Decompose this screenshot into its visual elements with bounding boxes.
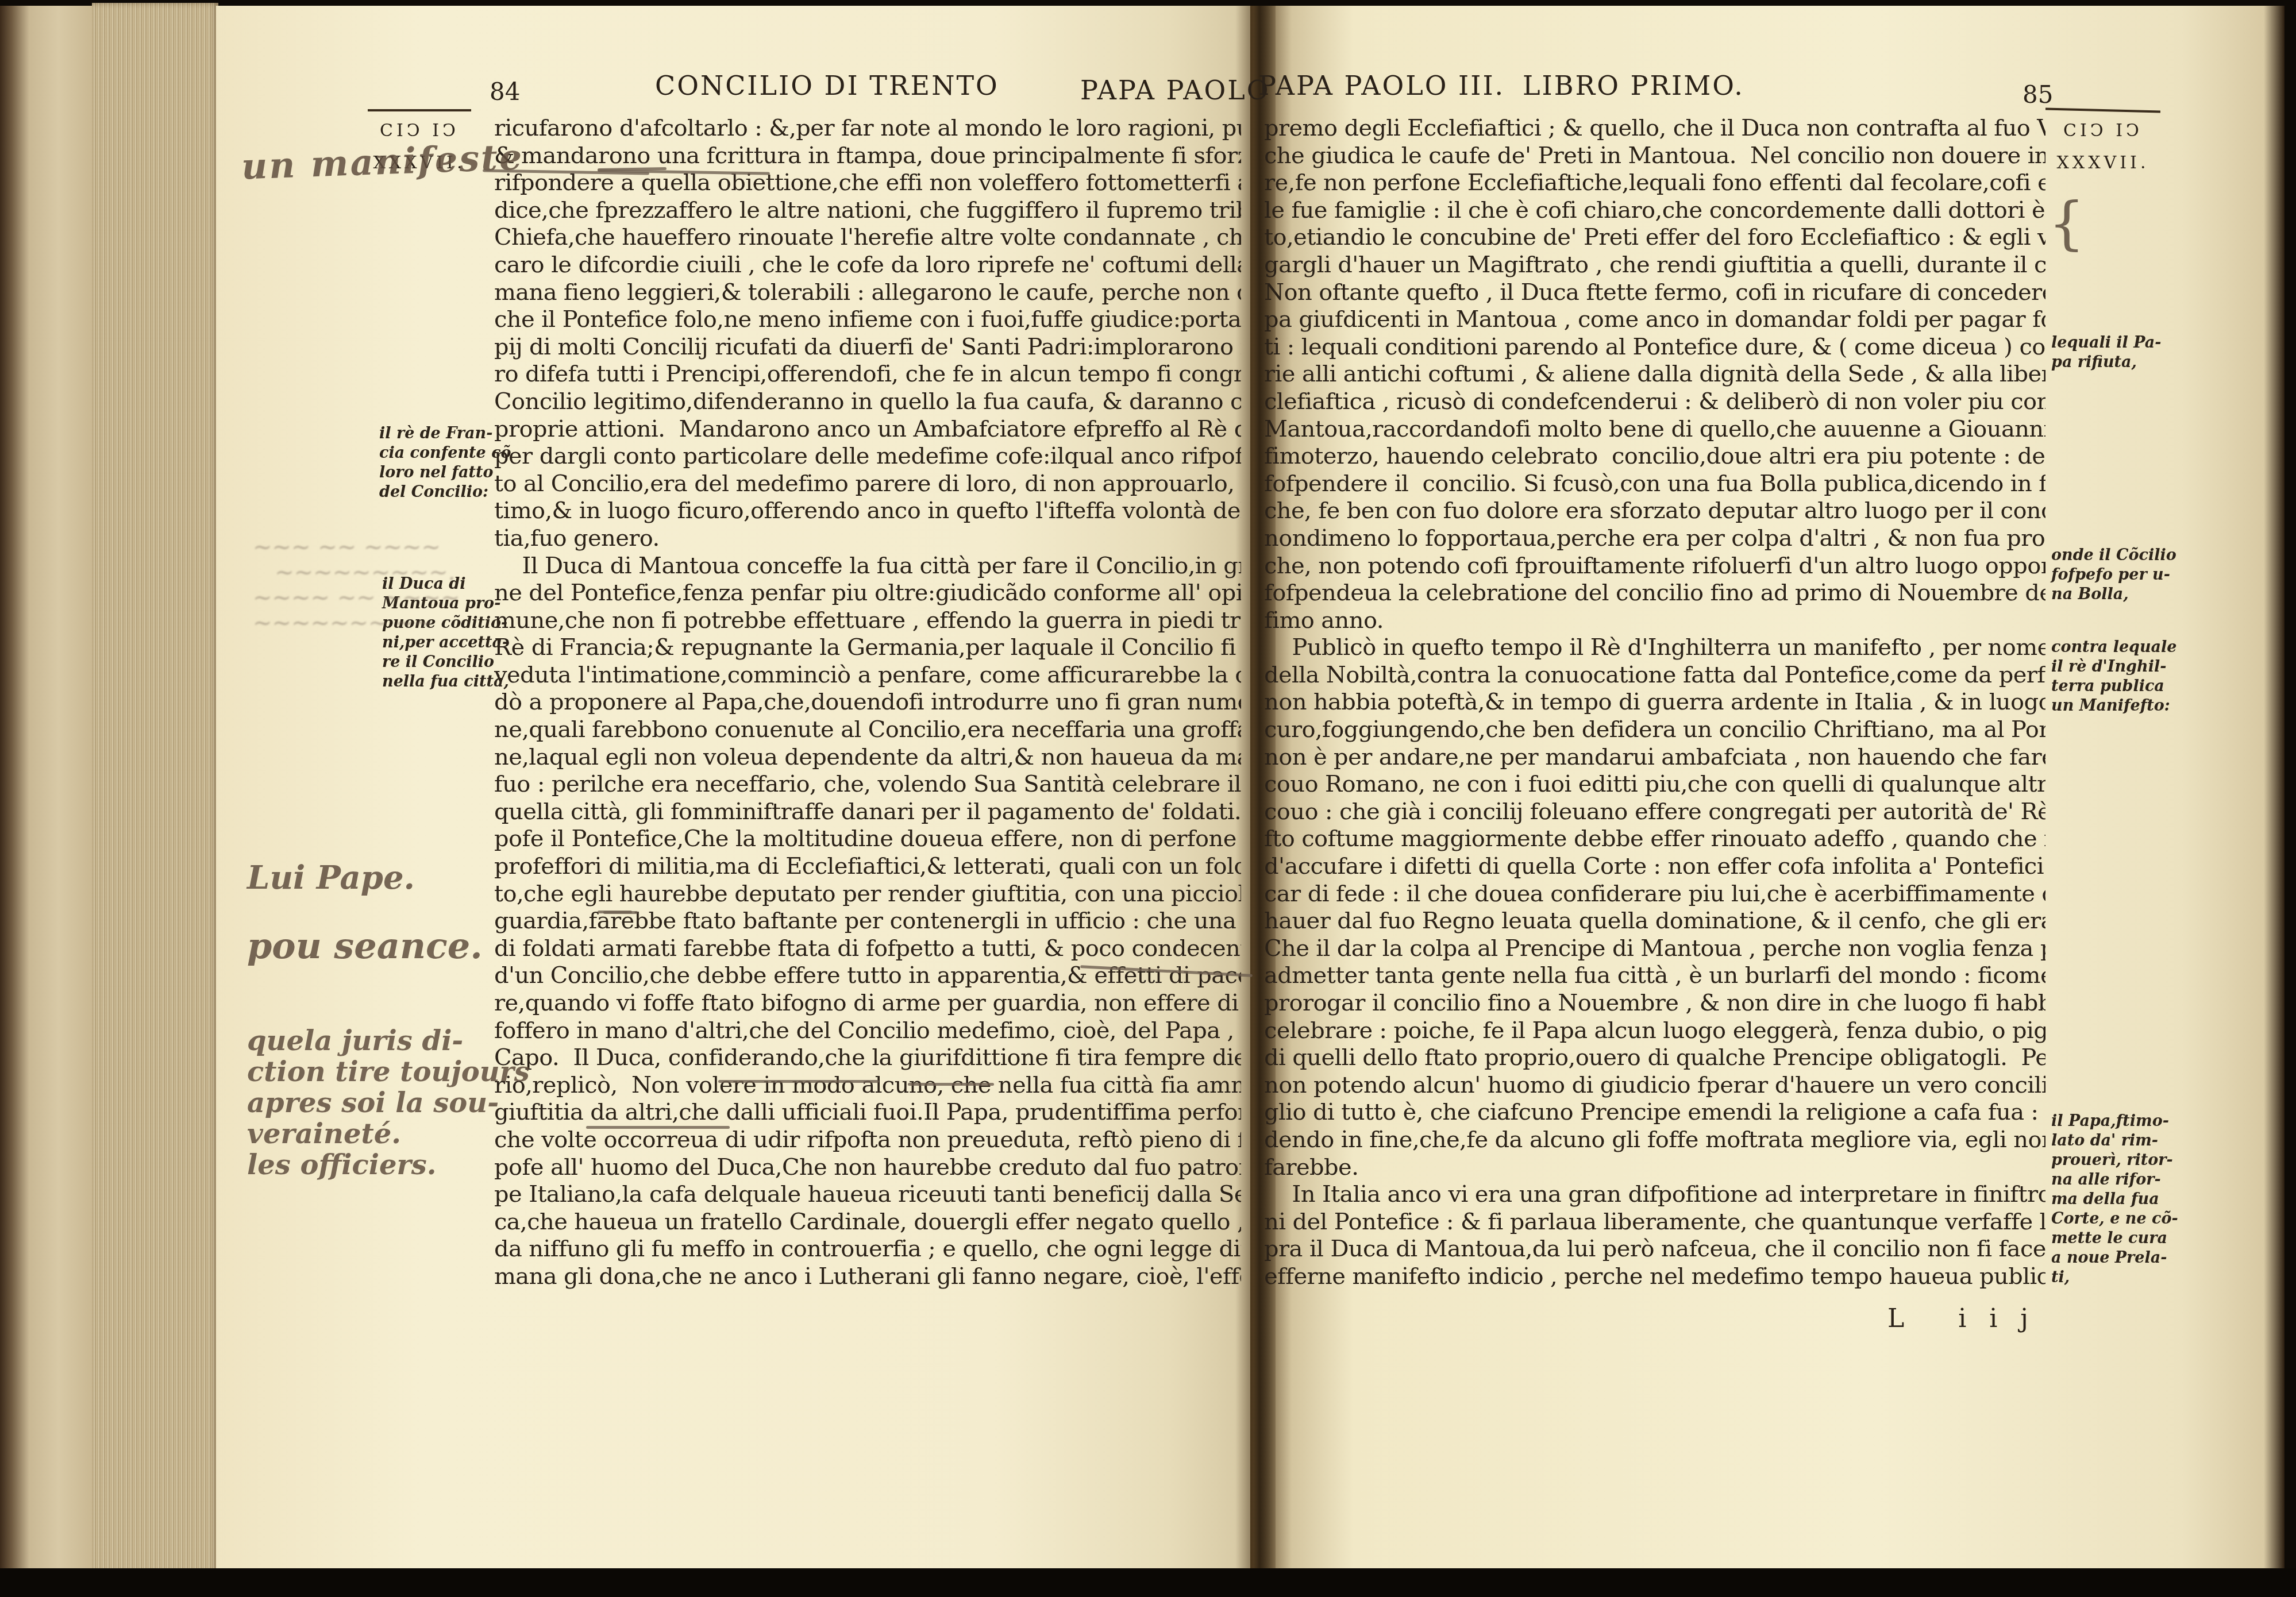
text-line: mana fieno leggieri,& tolerabili : alleg… <box>494 279 1241 307</box>
text-line: pofe il Pontefice,Che la moltitudine dou… <box>494 825 1241 853</box>
text-line: re,quando vi foffe ftato bifogno di arme… <box>494 990 1241 1017</box>
text-line: car di fede : il che douea confiderare p… <box>1264 881 2045 908</box>
text-line: fimo anno. <box>1264 607 2045 635</box>
page-edges-stack <box>92 3 218 1577</box>
left-running-head-secondary: PAPA PAOLO <box>1080 75 1270 106</box>
text-line: efferne manifefto indicio , perche nel m… <box>1264 1263 2045 1291</box>
text-line: prorogar il concilio fino a Nouembre , &… <box>1264 990 2045 1017</box>
left-page-body: ricufarono d'afcoltarlo : &,per far note… <box>494 115 1241 1291</box>
open-book: 84 CONCILIO DI TRENTO PAPA PAOLO CIↃ IↃ … <box>0 0 2296 1597</box>
text-line: non habbia poteftà,& in tempo di guerra … <box>1264 689 2045 716</box>
handwritten-note-seance: pou seance. <box>247 925 483 967</box>
text-line: fofpendeua la celebratione del concilio … <box>1264 580 2045 607</box>
text-line: glio di tutto è, che ciafcuno Prencipe e… <box>1264 1099 2045 1127</box>
text-line: veduta l'intimatione,comminciò a penfare… <box>494 662 1241 689</box>
text-line: che, fe ben con fuo dolore era sforzato … <box>1264 497 2045 525</box>
text-line: ricufarono d'afcoltarlo : &,per far note… <box>494 115 1241 142</box>
text-line: admetter tanta gente nella fua città , è… <box>1264 962 2045 990</box>
text-line: che, non potendo cofi fprouiftamente rif… <box>1264 553 2045 580</box>
text-line: Chiefa,che haueffero rinouate l'herefie … <box>494 224 1241 252</box>
right-page-number: 85 <box>2023 80 2053 109</box>
bottom-shadow <box>0 1568 2296 1597</box>
year-line-2: XXXVII. <box>2051 147 2155 179</box>
text-line: che il Pontefice folo,ne meno infieme co… <box>494 306 1241 334</box>
right-running-head: LIBRO PRIMO. <box>1523 70 1744 101</box>
handwritten-note-jurisdiction: quela juris di- ction tire toujours apre… <box>247 1025 530 1181</box>
text-line: nondimeno lo fopportaua,perche era per c… <box>1264 525 2045 553</box>
text-line: per dargli conto particolare delle medef… <box>494 443 1241 470</box>
text-line: Che il dar la colpa al Prencipe di Manto… <box>1264 935 2045 963</box>
text-line: mana gli dona,che ne anco i Lutherani gl… <box>494 1263 1241 1291</box>
text-line: to,che egli haurebbe deputato per render… <box>494 881 1241 908</box>
text-line: giuftitia da altri,che dalli ufficiali f… <box>494 1099 1241 1127</box>
text-line: ne,laqual egli non voleua dependente da … <box>494 744 1241 772</box>
text-line: timo,& in luogo ficuro,offerendo anco in… <box>494 497 1241 525</box>
text-line: di foldati armati farebbe ftata di fofpe… <box>494 935 1241 963</box>
text-line: le fue famiglie : il che è cofi chiaro,c… <box>1264 197 2045 225</box>
text-line: da niffuno gli fu meffo in controuerfia … <box>494 1236 1241 1263</box>
text-line: della Nobiltà,contra la conuocatione fat… <box>1264 662 2045 689</box>
text-line: fto coftume maggiormente debbe effer rin… <box>1264 825 2045 853</box>
text-line: caro le difcordie ciuili , che le cofe d… <box>494 252 1241 279</box>
text-line: dò a proponere al Papa,che,douendofi int… <box>494 689 1241 716</box>
text-line: farebbe. <box>1264 1154 2045 1182</box>
text-line: ni del Pontefice : & fi parlaua liberame… <box>1264 1209 2045 1236</box>
ink-brace-mark: { <box>2048 190 2085 257</box>
text-line: proprie attioni. Mandarono anco un Ambaf… <box>494 416 1241 443</box>
text-line: clefiaftica , ricusò di condefcenderui :… <box>1264 388 2045 416</box>
right-running-head-secondary: PAPA PAOLO III. <box>1258 70 1505 101</box>
text-line: & mandarono una fcrittura in ftampa, dou… <box>494 142 1241 170</box>
text-line: ca,che haueua un fratello Cardinale, dou… <box>494 1209 1241 1236</box>
text-line: fimoterzo, hauendo celebrato concilio,do… <box>1264 443 2045 470</box>
ink-underline-risposta <box>586 1126 730 1129</box>
text-line: pofe all' huomo del Duca,Che non haurebb… <box>494 1154 1241 1182</box>
right-margin-note-3: contra lequale il rè d'Inghil- terra pub… <box>2051 638 2177 716</box>
text-line: tia,fuo genero. <box>494 525 1241 553</box>
text-line: dendo in fine,che,fe da alcuno gli foffe… <box>1264 1127 2045 1154</box>
text-line: pra il Duca di Mantoua,da lui però nafce… <box>1264 1236 2045 1263</box>
ink-underline-sitira <box>908 1083 994 1086</box>
text-line: fofpendere il concilio. Si fcusò,con una… <box>1264 470 2045 498</box>
text-line: che giudica le caufe de' Preti in Mantou… <box>1264 142 2045 170</box>
text-line: ti : lequali conditioni parendo al Ponte… <box>1264 334 2045 361</box>
text-line: to,etiandio le concubine de' Preti effer… <box>1264 224 2045 252</box>
text-line: mune,che non fi potrebbe effettuare , ef… <box>494 607 1241 635</box>
text-line: Concilio legitimo,difenderanno in quello… <box>494 388 1241 416</box>
text-line: re,fe non perfone Ecclefiaftiche,lequali… <box>1264 169 2045 197</box>
ink-underline-egli <box>603 911 638 914</box>
text-line: celebrare : poiche, fe il Papa alcun luo… <box>1264 1017 2045 1045</box>
text-line: Rè di Francia;& repugnante la Germania,p… <box>494 634 1241 662</box>
text-line: pij di molti Concilij ricufati da diuerf… <box>494 334 1241 361</box>
left-year-rule <box>368 109 471 111</box>
text-line: curo,foggiungendo,che ben defidera un co… <box>1264 716 2045 744</box>
text-line: foffero in mano d'altri,che del Concilio… <box>494 1017 1241 1045</box>
text-line: d'accufare i difetti di quella Corte : n… <box>1264 853 2045 881</box>
text-line: Publicò in quefto tempo il Rè d'Inghilte… <box>1264 634 2045 662</box>
right-margin-note-1: lequali il Pa- pa rifiuta, <box>2051 333 2162 372</box>
text-line: premo degli Ecclefiaftici ; & quello, ch… <box>1264 115 2045 142</box>
right-year-mark: CIↃ IↃ XXXVII. <box>2051 115 2155 179</box>
left-running-head: CONCILIO DI TRENTO <box>655 70 999 101</box>
left-margin-note-1: il rè de Fran- cia confente cõ loro nel … <box>379 424 511 502</box>
text-line: non potendo alcun' huomo di giudicio fpe… <box>1264 1072 2045 1100</box>
book-cover-left <box>0 6 98 1580</box>
text-line: fuo : perilche era neceffario, che, vole… <box>494 771 1241 799</box>
text-line: quella città, gli fomminiftraffe danari … <box>494 799 1241 826</box>
text-line: couo : che già i concilij foleuano effer… <box>1264 799 2045 826</box>
text-line: ne del Pontefice,fenza penfar piu oltre:… <box>494 580 1241 607</box>
text-line: profeffori di militia,ma di Ecclefiaftic… <box>494 853 1241 881</box>
text-line: couo Romano, ne con i fuoi editti piu,ch… <box>1264 771 2045 799</box>
text-line: dice,che fprezzaffero le altre nationi, … <box>494 197 1241 225</box>
text-line: In Italia anco vi era una gran difpofiti… <box>1264 1181 2045 1209</box>
year-line-1: CIↃ IↃ <box>2051 115 2155 147</box>
text-line: gargli d'hauer un Magiftrato , che rendi… <box>1264 252 2045 279</box>
text-line: Capo. Il Duca, confiderando,che la giuri… <box>494 1044 1241 1072</box>
text-line: rie alli antichi coftumi , & aliene dall… <box>1264 361 2045 388</box>
text-line: pa giufdicenti in Mantoua , come anco in… <box>1264 306 2045 334</box>
text-line: ne,quali farebbono conuenute al Concilio… <box>494 716 1241 744</box>
text-line: Il Duca di Mantoua conceffe la fua città… <box>494 553 1241 580</box>
left-page-number: 84 <box>490 78 520 106</box>
handwritten-note-lui-pape: Lui Pape. <box>247 859 415 897</box>
ink-underline-giurisdittione <box>718 1080 879 1083</box>
text-line: che volte occorreua di udir rifpofta non… <box>494 1127 1241 1154</box>
right-page-body: premo degli Ecclefiaftici ; & quello, ch… <box>1264 115 2045 1291</box>
signature-mark: L iij <box>1887 1304 2051 1333</box>
text-line: rio,replicò, Non volere in modo alcuno, … <box>494 1072 1241 1100</box>
text-line: hauer dal fuo Regno leuata quella domina… <box>1264 908 2045 935</box>
text-line: ro difefa tutti i Prencipi,offerendofi, … <box>494 361 1241 388</box>
text-line: Mantoua,raccordandofi molto bene di quel… <box>1264 416 2045 443</box>
text-line: di quelli dello ftato proprio,ouero di q… <box>1264 1044 2045 1072</box>
text-line: Non oftante quefto , il Duca ftette ferm… <box>1264 279 2045 307</box>
text-line: d'un Concilio,che debbe effere tutto in … <box>494 962 1241 990</box>
text-line: pe Italiano,la cafa delquale haueua rice… <box>494 1181 1241 1209</box>
text-line: non è per andare,ne per mandarui ambafci… <box>1264 744 2045 772</box>
right-margin-note-4: il Papa,ftimo- lato da' rim- prouerì, ri… <box>2051 1112 2178 1287</box>
right-margin-note-2: onde il Cõcilio fofpefo per u- na Bolla, <box>2051 546 2176 604</box>
text-line: to al Concilio,era del medefimo parere d… <box>494 470 1241 498</box>
faded-handwriting-bleed: ~~~ ~~ ~~~~ ~~~~~~~~~. ~~~~ ~~ ~~~~ ~~~~… <box>253 534 460 635</box>
